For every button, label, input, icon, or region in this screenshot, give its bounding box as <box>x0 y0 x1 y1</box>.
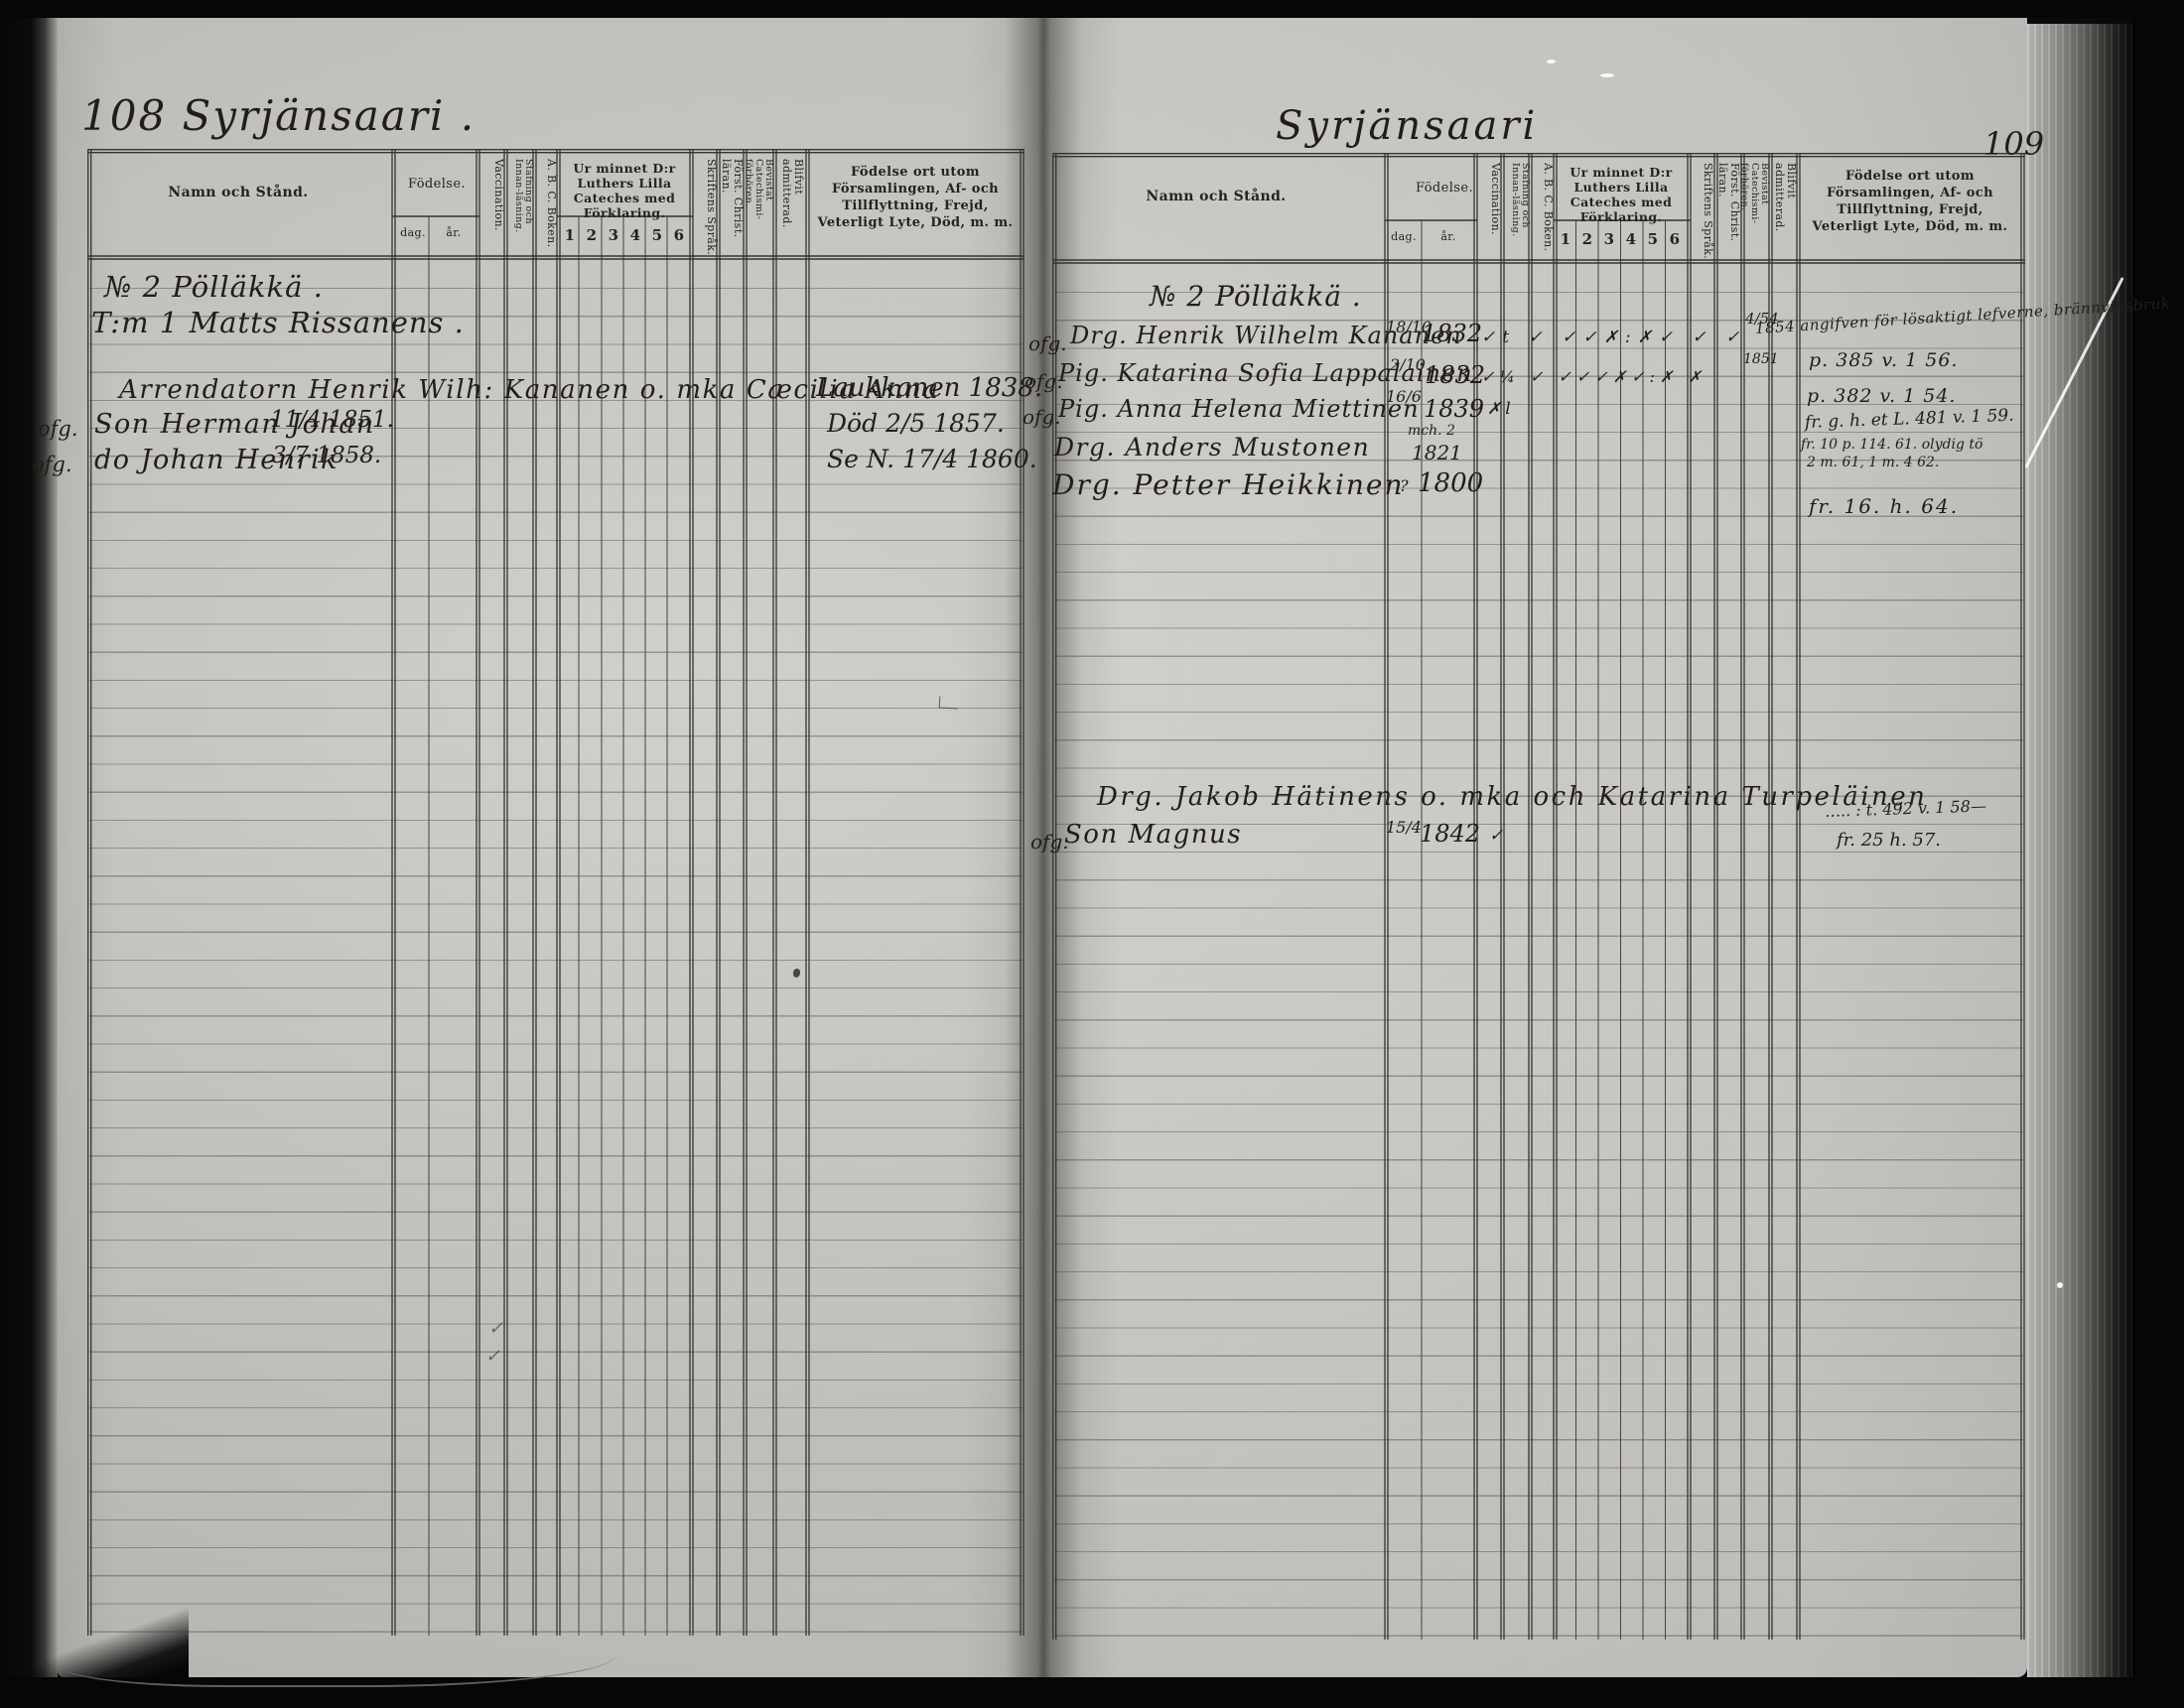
col-header-abc-book: A. B. C. Boken. <box>1532 159 1554 262</box>
catechism-cell-3: 3 <box>1598 230 1620 248</box>
right-row5-name: Drg. Petter Heikkinen <box>1052 468 1405 501</box>
scan-top-band <box>0 0 2184 18</box>
catechism-cell-3: 3 <box>603 226 624 244</box>
right-page-number: 109 <box>1983 125 2044 163</box>
left-row3-birth: 3/7 1858. <box>272 443 381 468</box>
col-header-vaccination: Vaccination. <box>1477 159 1501 262</box>
right-mid-son-name: Son Magnus <box>1064 820 1242 850</box>
right-row5-birth-day: ? <box>1400 476 1409 495</box>
right-row3-name: Pig. Anna Helena Miettinen <box>1058 395 1420 423</box>
col-header-exams: Bevistat Catechismi-förhören. <box>1743 159 1769 264</box>
col-header-scripture: Skriftens Språk. <box>1690 159 1713 262</box>
right-row5-note: fr. 16. h. 64. <box>1809 494 1959 518</box>
col-header-notes: Födelse ort utom Församlingen, Af- och T… <box>1803 169 2017 236</box>
col-header-birth: Födelse. <box>397 177 477 192</box>
right-row1-birth-year: 1832 <box>1422 320 1482 347</box>
col-header-admitted: Blifvit admitterad. <box>1771 159 1797 262</box>
right-row2-margin-note: ofg. <box>1024 369 1063 393</box>
dust-speck <box>1600 73 1614 77</box>
right-row3-birth-year: 1839 <box>1424 395 1484 423</box>
scanned-parish-register-spread: Namn och Stånd. Födelse. dag. år. Vaccin… <box>0 0 2184 1708</box>
scan-right-band <box>2132 0 2184 1708</box>
right-mid-skill-mark: ✓ <box>1489 826 1503 846</box>
right-mid-birth-year: 1842 <box>1420 820 1480 848</box>
col-header-exams: Bevistat Catechismi-förhören. <box>746 155 773 260</box>
catechism-cell-5: 5 <box>1642 230 1664 248</box>
left-row3-margin-note: ofg. <box>32 453 72 476</box>
right-row4-birth-year: 1821 <box>1412 441 1462 464</box>
col-header-spelling: Stafning och Innan-läsning. <box>506 155 533 260</box>
col-header-birth-day: dag. <box>395 226 431 239</box>
right-row4-note-line2: fr. 10 p. 114. 61. olydig tö <box>1801 437 1982 453</box>
col-header-birth-year: år. <box>1424 230 1473 243</box>
dust-speck <box>1547 60 1556 64</box>
left-row2-margin-note: ofg. <box>38 417 78 441</box>
catechism-cell-1: 1 <box>559 226 581 244</box>
right-row2-birth-day: 2/10 <box>1390 355 1426 374</box>
catechism-cell-2: 2 <box>581 226 603 244</box>
page-edge-stack <box>2027 24 2132 1677</box>
catechism-cell-4: 4 <box>1620 230 1642 248</box>
col-header-name: Namn och Stånd. <box>1087 189 1345 204</box>
pencil-corner-mark <box>939 697 959 710</box>
right-mid-birth-day: 15/4 <box>1386 818 1422 837</box>
right-row4-name: Drg. Anders Mustonen <box>1054 433 1370 461</box>
scan-left-edge <box>0 0 58 1708</box>
col-header-birth-year: år. <box>433 226 475 239</box>
right-mid-head-name: Drg. Jakob Hätinens o. mka och Katarina … <box>1097 782 1927 812</box>
catechism-cell-1: 1 <box>1555 230 1576 248</box>
col-header-catechism: Ur minnet D:r Luthers Lilla Cateches med… <box>1556 165 1687 224</box>
left-row2-note: Död 2/5 1857. <box>827 409 1005 438</box>
catechism-cell-2: 2 <box>1576 230 1598 248</box>
left-page-table-grid <box>87 149 1024 1636</box>
left-page-title: 108 Syrjänsaari . <box>81 91 476 140</box>
catechism-cell-6: 6 <box>1664 230 1686 248</box>
col-header-birth: Födelse. <box>1400 181 1489 196</box>
left-farm-heading: T:m 1 Matts Rissanens . <box>91 306 465 339</box>
right-row2-birth-year: 1832 <box>1425 361 1485 389</box>
right-row3-birth-day: 16/6 <box>1386 387 1422 406</box>
right-row3-skill-marks: ✗l <box>1487 399 1515 419</box>
catechism-cell-5: 5 <box>646 226 668 244</box>
col-header-name: Namn och Stånd. <box>119 185 357 200</box>
right-row2-note: p. 385 v. 1 56. <box>1809 349 1958 371</box>
right-row3-note: p. 382 v. 1 54. <box>1807 385 1956 407</box>
right-row4-birth-day: mch. 2 <box>1408 423 1455 439</box>
right-village-heading: № 2 Pölläkkä . <box>1150 280 1362 313</box>
right-mid-margin-note: ofg. <box>1030 830 1069 854</box>
col-header-doctrine: Först. Christ. läran. <box>1716 159 1740 262</box>
right-row3-margin-note: ofg. <box>1023 405 1061 429</box>
col-header-admitted: Blifvit admitterad. <box>776 155 804 258</box>
left-stray-mark: ✓ <box>485 1346 500 1367</box>
col-header-vaccination: Vaccination. <box>480 155 504 258</box>
col-header-catechism: Ur minnet D:r Luthers Lilla Cateches med… <box>559 161 690 220</box>
col-header-spelling: Stafning och Innan-läsning. <box>1503 159 1530 264</box>
right-row1-skill-marks: ✓t ✓ ✓✓✗:✗✓ ✓ ✓ <box>1481 328 1746 347</box>
right-row2-skill-marks: ✓¼ ✓ ✓✓✓✗✓:✗ ✗ <box>1481 367 1706 386</box>
left-village-heading: № 2 Pölläkkä . <box>104 270 324 304</box>
right-row5-birth-year: 1800 <box>1418 468 1483 498</box>
right-row2-admitted: 1851 <box>1743 351 1779 367</box>
col-header-abc-book: A. B. C. Boken. <box>535 155 557 258</box>
col-header-scripture: Skriftens Språk. <box>693 155 717 258</box>
left-stray-mark: ✓ <box>488 1318 503 1339</box>
dust-speck <box>2057 1282 2063 1288</box>
left-row2-birth: 11/4 1851. <box>270 407 394 433</box>
col-header-notes: Födelse ort utom Församlingen, Af- och T… <box>812 165 1019 232</box>
left-row3-note: Se N. 17/4 1860. <box>827 445 1037 473</box>
right-page-title: Syrjänsaari <box>1276 103 1538 149</box>
right-row1-margin-note: ofg. <box>1028 331 1067 355</box>
col-header-doctrine: Först. Christ. läran. <box>720 155 744 258</box>
right-row4-note-line3: 2 m. 61, 1 m. 4 62. <box>1807 455 1939 470</box>
catechism-cell-4: 4 <box>624 226 646 244</box>
left-head-name-continuation: Laukkanen 1838. <box>816 373 1042 403</box>
catechism-cell-6: 6 <box>668 226 690 244</box>
col-header-birth-day: dag. <box>1386 230 1422 243</box>
right-mid-note-line2: fr. 25 h. 57. <box>1837 830 1941 851</box>
